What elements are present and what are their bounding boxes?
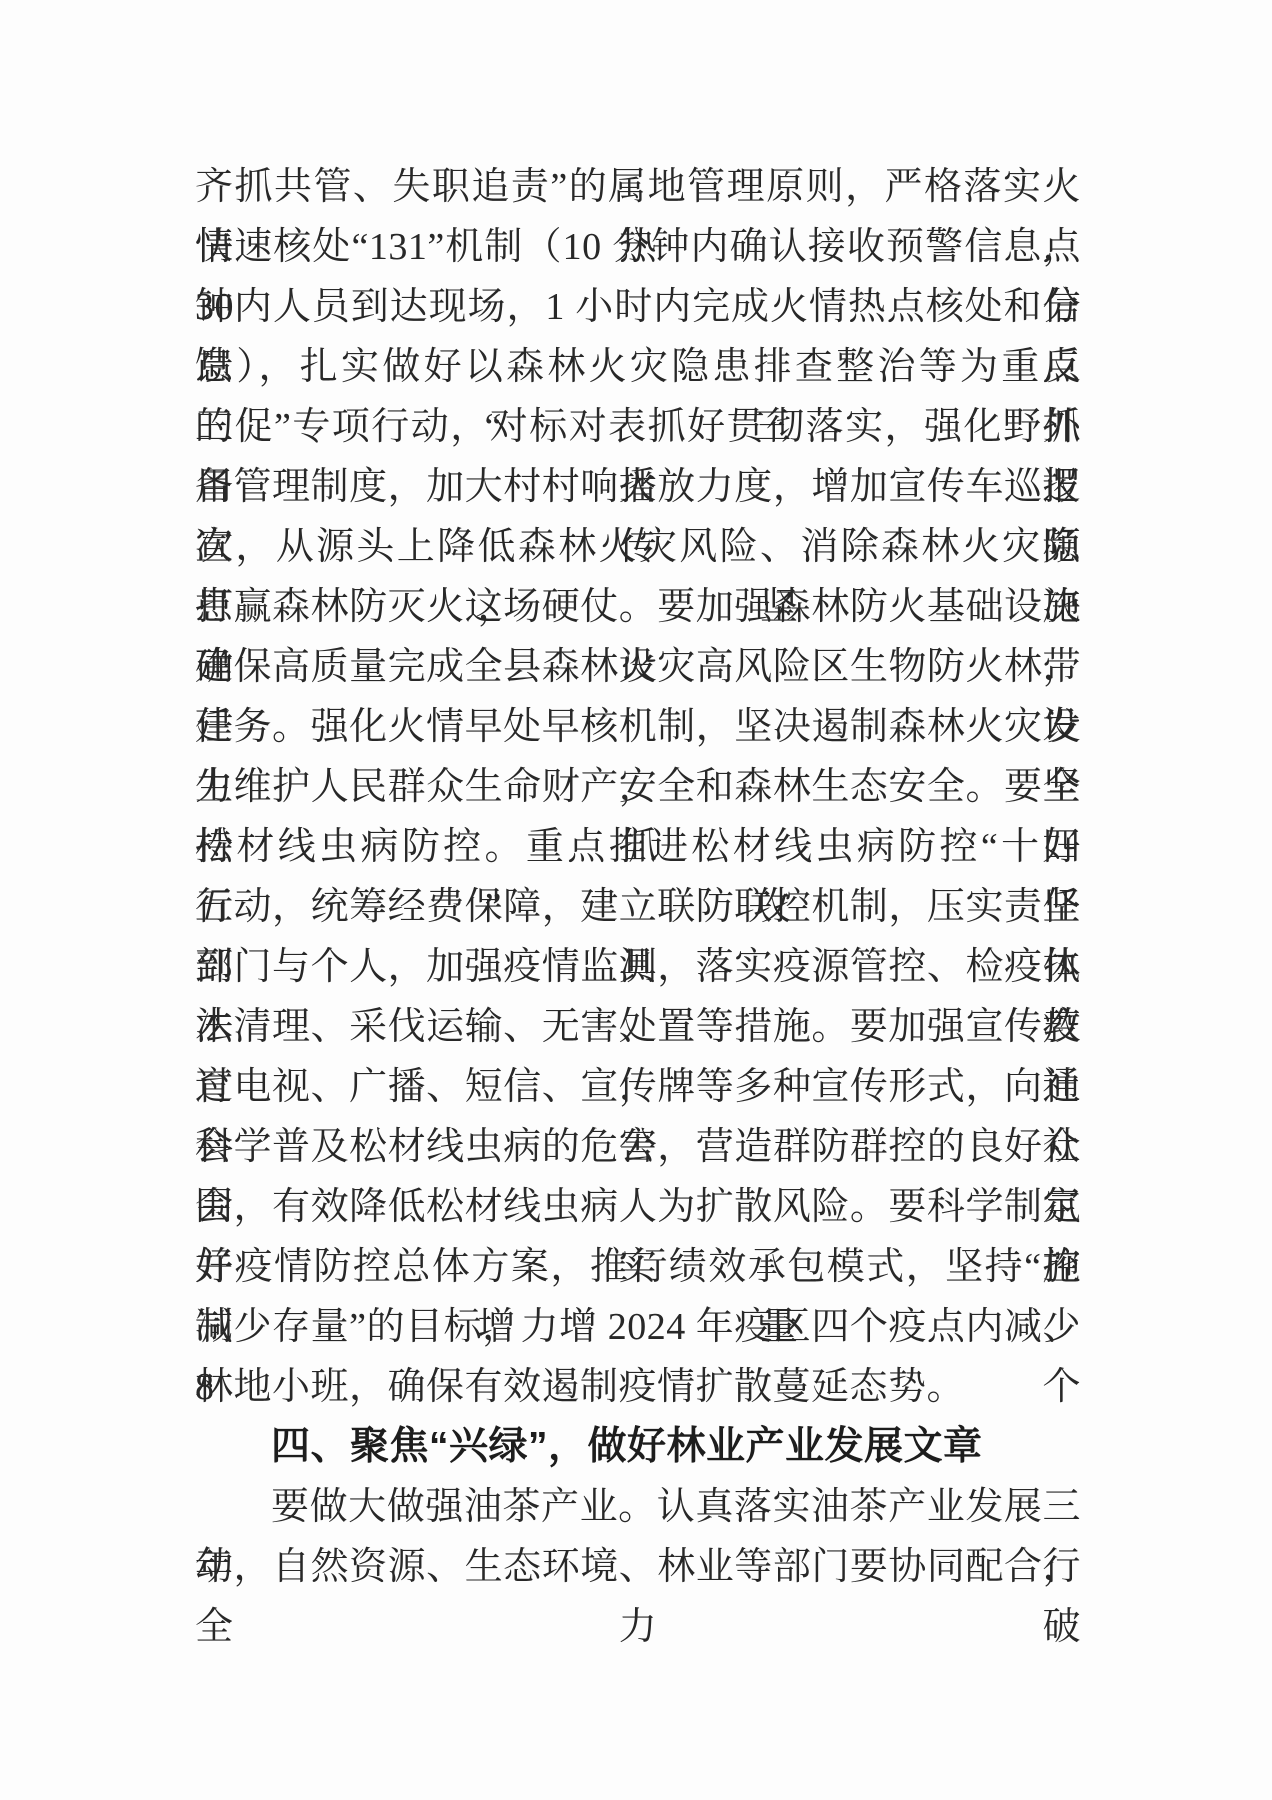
text-line: 动，自然资源、生态环境、林业等部门要协同配合，全力破 — [195, 1537, 1081, 1597]
text-line: 围，有效降低松材线虫病人为扩散风险。要科学制定并实施 — [195, 1177, 1081, 1237]
text-line: 要做大做强油茶产业。认真落实油茶产业发展三年行 — [195, 1477, 1081, 1537]
text-line: 三促”专项行动，对标对表抓好贯彻落实，强化野外用火报 — [195, 397, 1081, 457]
text-line: 备管理制度，加大村村响播放力度，增加宣传车巡逻宣传频 — [195, 457, 1081, 517]
text-line: 力维护人民群众生命财产安全和森林生态安全。要坚持抓好 — [195, 757, 1081, 817]
document-page: 齐抓共管、失职追责”的属地管理原则，严格落实火情热点 快速核处“131”机制（1… — [0, 0, 1272, 1800]
text-line: 馈），扎实做好以森林火灾隐患排查整治等为重点的“三抓 — [195, 337, 1081, 397]
text-line: 打赢森林防灭火这场硬仗。要加强森林防火基础设施建设， — [195, 577, 1081, 637]
text-line: 好疫情防控总体方案，推行绩效承包模式，坚持“控制增量、 — [195, 1237, 1081, 1297]
section-heading: 四、聚焦“兴绿”，做好林业产业发展文章 — [195, 1417, 1081, 1477]
text-line: 过电视、广播、短信、宣传牌等多种宣传形式，向社会公众 — [195, 1057, 1081, 1117]
text-block: 齐抓共管、失职追责”的属地管理原则，严格落实火情热点 快速核处“131”机制（1… — [195, 157, 1081, 1597]
text-line: 确保高质量完成全县森林火灾高风险区生物防火林带建设 — [195, 637, 1081, 697]
text-line: 快速核处“131”机制（10 分钟内确认接收预警信息，30 分 — [195, 217, 1081, 277]
text-line: 钟内人员到达现场，1 小时内完成火情热点核处和信息反 — [195, 277, 1081, 337]
text-line: 齐抓共管、失职追责”的属地管理原则，严格落实火情热点 — [195, 157, 1081, 217]
text-line: 减少存量”的目标，力增 2024 年疫区四个疫点内减少 8 个 — [195, 1297, 1081, 1357]
text-line: 松材线虫病防控。重点推进松材线虫病防控“十四五”攻坚 — [195, 817, 1081, 877]
text-line: 次，从源头上降低森林火灾风险、消除森林火灾隐患，坚决 — [195, 517, 1081, 577]
text-line: 任务。强化火情早处早核机制，坚决遏制森林火灾发生，全 — [195, 697, 1081, 757]
text-line: 行动，统筹经费保障，建立联防联控机制，压实责任到具体 — [195, 877, 1081, 937]
text-line: 部门与个人，加强疫情监测，落实疫源管控、检疫执法、疫 — [195, 937, 1081, 997]
text-line: 林地小班，确保有效遏制疫情扩散蔓延态势。 — [195, 1357, 1081, 1417]
text-line: 木清理、采伐运输、无害处置等措施。要加强宣传教育，通 — [195, 997, 1081, 1057]
text-line: 科学普及松材线虫病的危害，营造群防群控的良好社会氛 — [195, 1117, 1081, 1177]
